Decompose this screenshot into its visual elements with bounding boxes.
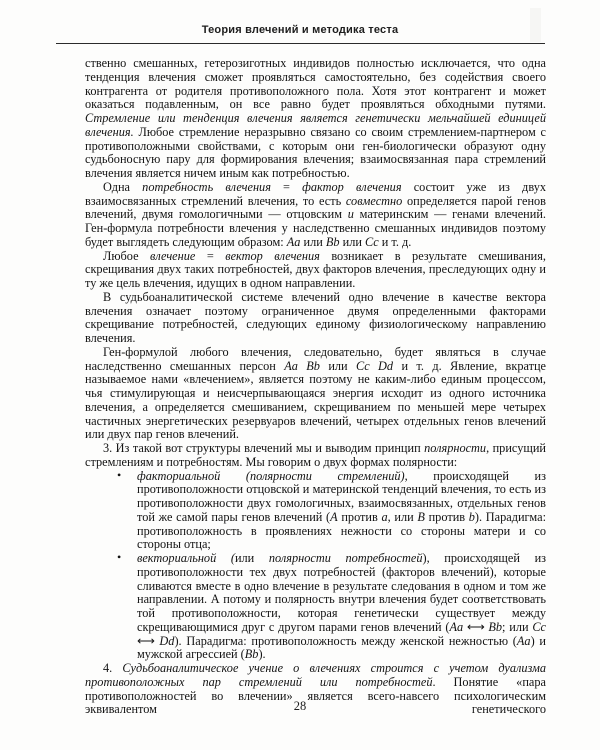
text-run: и т. д. [379,235,412,249]
bullet-item: •векториальной (или полярности потребнос… [137,552,546,662]
emphasis-text: Aa [287,235,301,249]
emphasis-text: вектор влечения [225,249,320,263]
text-run: или [320,359,356,373]
text-run: В судьбоаналитической системе влечений о… [85,290,546,345]
scan-artifact [530,8,541,42]
emphasis-text: Bb [488,620,502,634]
bullet-icon: • [117,469,121,483]
paragraph: Ген-формулой любого влечения, следовател… [85,346,546,442]
text-run: Одна [103,180,142,194]
emphasis-text: A [330,510,338,524]
emphasis-text: Cc Dd [356,359,393,373]
emphasis-text: векториальной ( [137,551,235,565]
text-run: = [195,249,225,263]
bullet-icon: • [117,551,121,565]
paragraph: В судьбоаналитической системе влечений о… [85,291,546,346]
text-run: ). Парадигма: противоположность между же… [174,634,516,648]
book-page: Теория влечений и методика теста ственно… [0,0,600,750]
emphasis-text: Dd [159,634,174,648]
running-head: Теория влечений и методика теста [0,24,600,36]
emphasis-text: Bb [326,235,340,249]
text-run: Любое [103,249,150,263]
header-rule [56,43,545,44]
text-run: против [425,510,469,524]
emphasis-text: потребность влечения [142,180,271,194]
emphasis-text: Aa [449,620,463,634]
emphasis-text: B [417,510,425,524]
emphasis-text: полярности потребностей [269,551,423,565]
bullet-item: •факториальной (полярности стремлений), … [137,470,546,553]
body-text: ственно смешанных, гетерозиготных индиви… [85,57,546,717]
emphasis-text: влечение [150,249,195,263]
text-run: или [340,235,365,249]
emphasis-text: фактор влечения [302,180,401,194]
emphasis-text: факториальной (полярности стремлений) [137,469,405,483]
emphasis-text: Aa [517,634,531,648]
text-run: 3. Из такой вот структуры влечений мы и … [103,441,424,455]
paragraph: ственно смешанных, гетерозиготных индиви… [85,57,546,181]
emphasis-text: Cc [365,235,379,249]
paragraph: Любое влечение = вектор влечения возника… [85,250,546,291]
page-number: 28 [0,699,600,714]
emphasis-text: Bb [245,647,259,661]
paragraph: Одна потребность влечения = фактор влече… [85,181,546,250]
text-run: = [271,180,302,194]
text-run: Любое стремление неразрывно связано со с… [85,125,546,180]
paragraph: 3. Из такой вот структуры влечений мы и … [85,442,546,470]
text-run: ⟷ [463,620,488,634]
text-run: или [300,235,325,249]
text-run: 4. [103,661,122,675]
emphasis-text: совместно [346,194,402,208]
text-run: против [338,510,382,524]
text-run: ; или [502,620,532,634]
text-run: ⟷ [137,634,159,648]
emphasis-text: Cc [532,620,546,634]
text-run: ственно смешанных, гетерозиготных индиви… [85,56,546,111]
emphasis-text: Aa Bb [284,359,320,373]
emphasis-text: полярности [424,441,486,455]
text-run: , или [388,510,418,524]
text-run: или [235,551,269,565]
text-run: ). [258,647,265,661]
